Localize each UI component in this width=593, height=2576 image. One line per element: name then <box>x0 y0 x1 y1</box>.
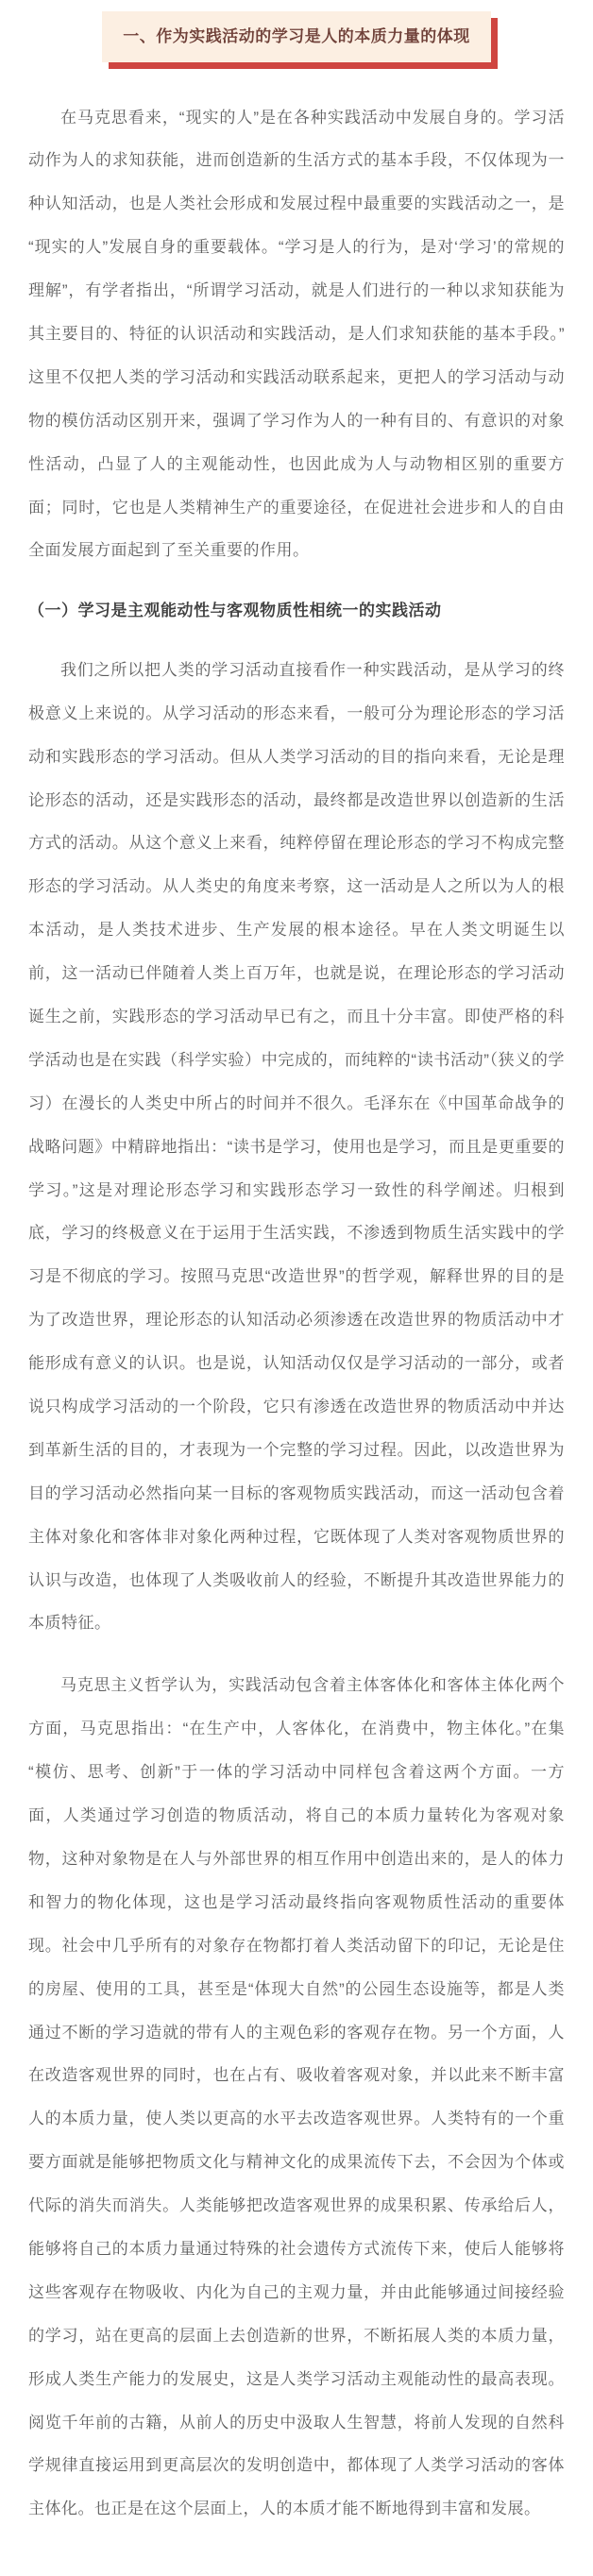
section-title-text: 一、作为实践活动的学习是人的本质力量的体现 <box>123 27 470 45</box>
subsection-heading: （一）学习是主观能动性与客观物质性相统一的实践活动 <box>28 597 565 626</box>
intro-paragraph: 在马克思看来，“现实的人”是在各种实践活动中发展自身的。学习活动作为人的求知获能… <box>28 96 565 573</box>
article-page: 一、作为实践活动的学习是人的本质力量的体现 在马克思看来，“现实的人”是在各种实… <box>0 0 593 2576</box>
body-paragraph: 马克思主义哲学认为，实践活动包含着主体客体化和客体主体化两个方面，马克思指出：“… <box>28 1664 565 2531</box>
section-title-banner-wrap: 一、作为实践活动的学习是人的本质力量的体现 <box>28 11 565 62</box>
section-title-banner: 一、作为实践活动的学习是人的本质力量的体现 <box>102 11 491 62</box>
body-paragraph: 我们之所以把人类的学习活动直接看作一种实践活动，是从学习的终极意义上来说的。从学… <box>28 649 565 1645</box>
